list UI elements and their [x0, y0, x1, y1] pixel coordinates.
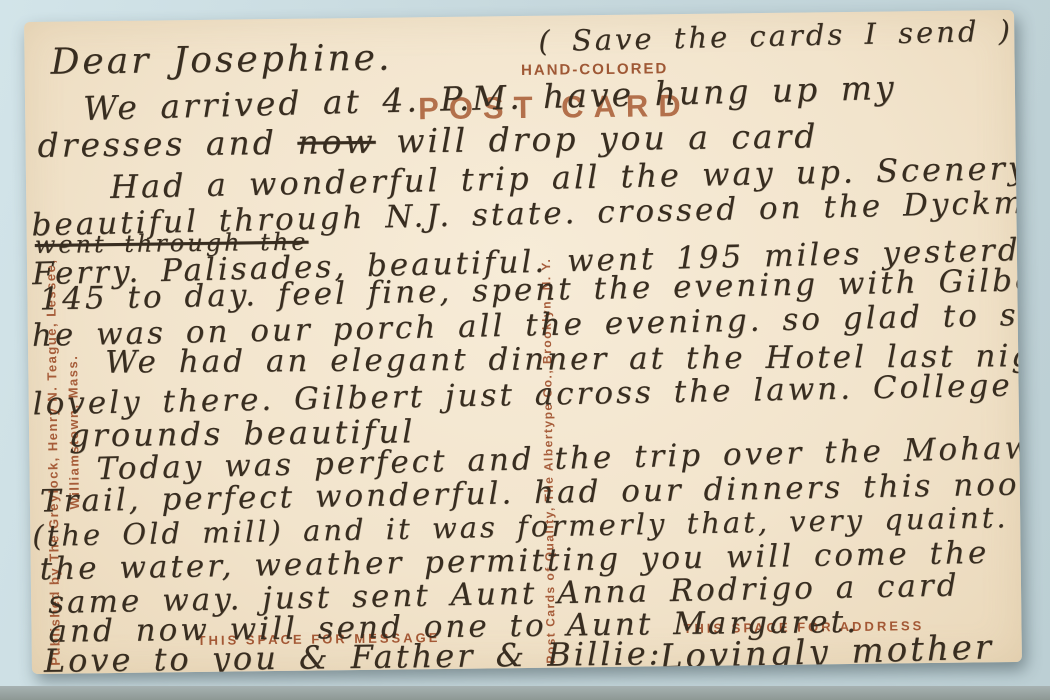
handwriting-salutation: Dear Josephine. — [50, 38, 392, 83]
photo-background: HAND-COLORED POST CARD Published by The … — [0, 0, 1050, 700]
handwriting-line: Love to you & Father & Billie: — [44, 634, 663, 674]
postcard: HAND-COLORED POST CARD Published by The … — [24, 10, 1022, 674]
handwriting-segment: dresses and — [37, 123, 297, 165]
handwriting-struck-word: now — [297, 122, 376, 162]
handwriting-note-save-cards: ( Save the cards I send ) — [538, 14, 1013, 59]
